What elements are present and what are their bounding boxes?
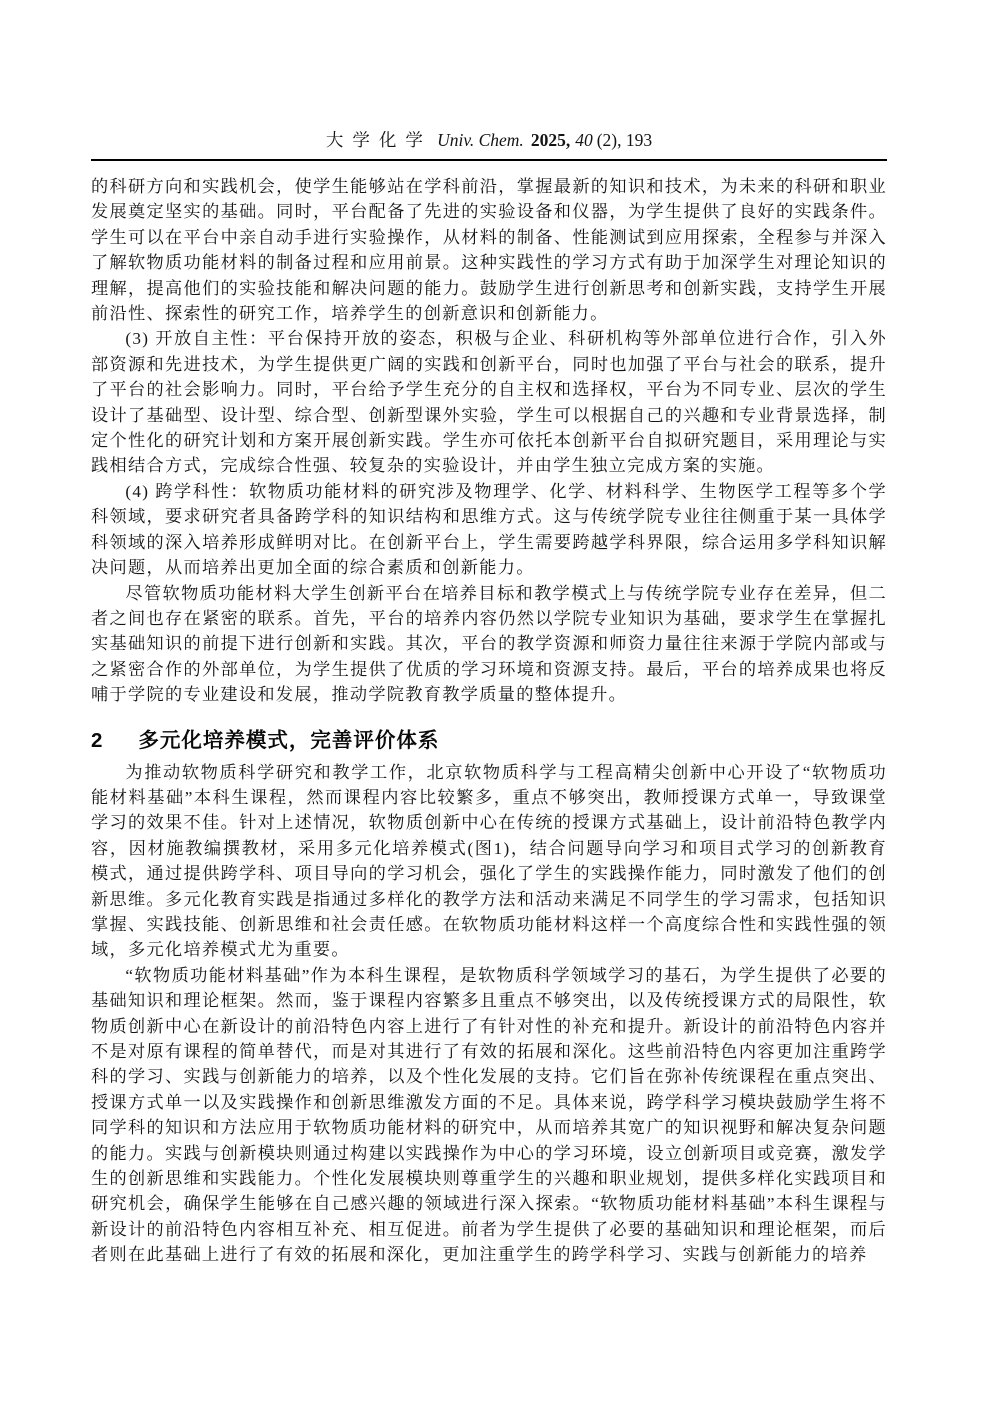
paragraph-course-foundation: “软物质功能材料基础”作为本科生课程，是软物质科学领域学习的基石，为学生提供了必…	[91, 963, 887, 1268]
citation-volume: 40	[575, 130, 593, 150]
section-title: 多元化培养模式，完善评价体系	[138, 729, 439, 752]
journal-page: 大 学 化 学Univ. Chem.2025,40(2), 193 的科研方向和…	[0, 0, 992, 1403]
citation-issue-page: (2), 193	[597, 130, 652, 150]
citation-year: 2025,	[531, 130, 570, 150]
journal-header: 大 学 化 学Univ. Chem.2025,40(2), 193	[91, 130, 887, 150]
paragraph-continuation: 的科研方向和实践机会，使学生能够站在学科前沿，掌握最新的知识和技术，为未来的科研…	[91, 174, 887, 326]
article-body: 的科研方向和实践机会，使学生能够站在学科前沿，掌握最新的知识和技术，为未来的科研…	[91, 174, 887, 1268]
paragraph-interdisciplinary: (4) 跨学科性：软物质功能材料的研究涉及物理学、化学、材料科学、生物医学工程等…	[91, 479, 887, 581]
section-number: 2	[91, 729, 103, 752]
section-heading: 2多元化培养模式，完善评价体系	[91, 728, 887, 754]
paragraph-open-autonomy: (3) 开放自主性：平台保持开放的姿态，积极与企业、科研机构等外部单位进行合作，…	[91, 326, 887, 478]
paragraph-diversified-training: 为推动软物质科学研究和教学工作，北京软物质科学与工程高精尖创新中心开设了“软物质…	[91, 760, 887, 963]
paragraph-platform-college-link: 尽管软物质功能材料大学生创新平台在培养目标和教学模式上与传统学院专业存在差异，但…	[91, 581, 887, 708]
header-rule	[91, 159, 887, 161]
journal-title-cn: 大 学 化 学	[326, 130, 425, 150]
journal-title-en: Univ. Chem.	[437, 130, 524, 150]
